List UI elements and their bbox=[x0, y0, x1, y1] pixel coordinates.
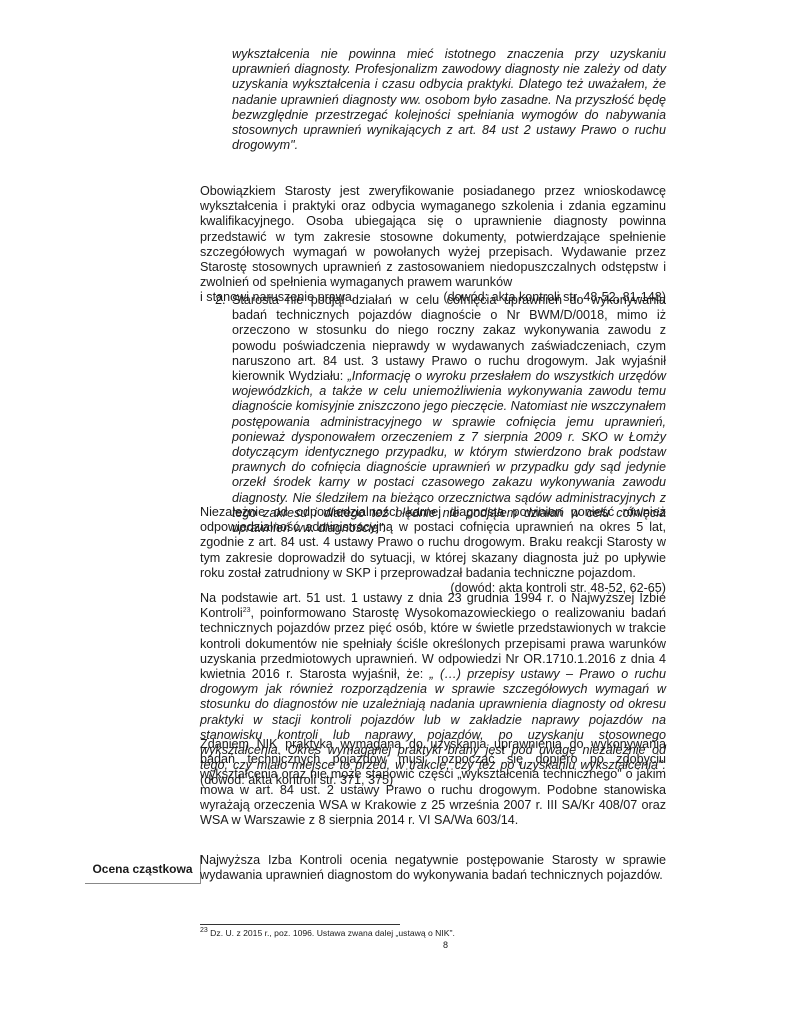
document-page: wykształcenia nie powinna mieć istotnego… bbox=[0, 0, 791, 1024]
list-number: 2. bbox=[215, 293, 226, 308]
paragraph-text: Zdaniem NIK praktyka wymagana do uzyskan… bbox=[200, 737, 666, 828]
footnote-divider bbox=[200, 924, 400, 925]
paragraph-text: Obowiązkiem Starosty jest zweryfikowanie… bbox=[200, 184, 666, 290]
footnote-text: Dz. U. z 2015 r., poz. 1096. Ustawa zwan… bbox=[208, 928, 455, 938]
quote-text: wykształcenia nie powinna mieć istotnego… bbox=[232, 47, 666, 153]
footnote: 23 Dz. U. z 2015 r., poz. 1096. Ustawa z… bbox=[200, 928, 455, 939]
paragraph-obligation: Obowiązkiem Starosty jest zweryfikowanie… bbox=[200, 184, 666, 306]
sidebar-label-partial-assessment: Ocena cząstkowa bbox=[85, 855, 201, 884]
list-item-text: Starosta nie podjął działań w celu cofni… bbox=[232, 293, 666, 536]
page-number: 8 bbox=[443, 940, 448, 950]
list-item-2: 2. Starosta nie podjął działań w celu co… bbox=[232, 293, 666, 536]
footnote-marker: 23 bbox=[200, 927, 208, 934]
footnote-ref: 23 bbox=[243, 607, 251, 614]
paragraph-nik-opinion: Zdaniem NIK praktyka wymagana do uzyskan… bbox=[200, 737, 666, 828]
paragraph-text: Niezależnie od odpowiedzialności karnej … bbox=[200, 505, 666, 581]
paragraph-partial-assessment: Najwyższa Izba Kontroli ocenia negatywni… bbox=[200, 853, 666, 883]
paragraph-text: Najwyższa Izba Kontroli ocenia negatywni… bbox=[200, 853, 666, 883]
quote-continuation: wykształcenia nie powinna mieć istotnego… bbox=[232, 47, 666, 153]
paragraph-liability: Niezależnie od odpowiedzialności karnej … bbox=[200, 505, 666, 596]
